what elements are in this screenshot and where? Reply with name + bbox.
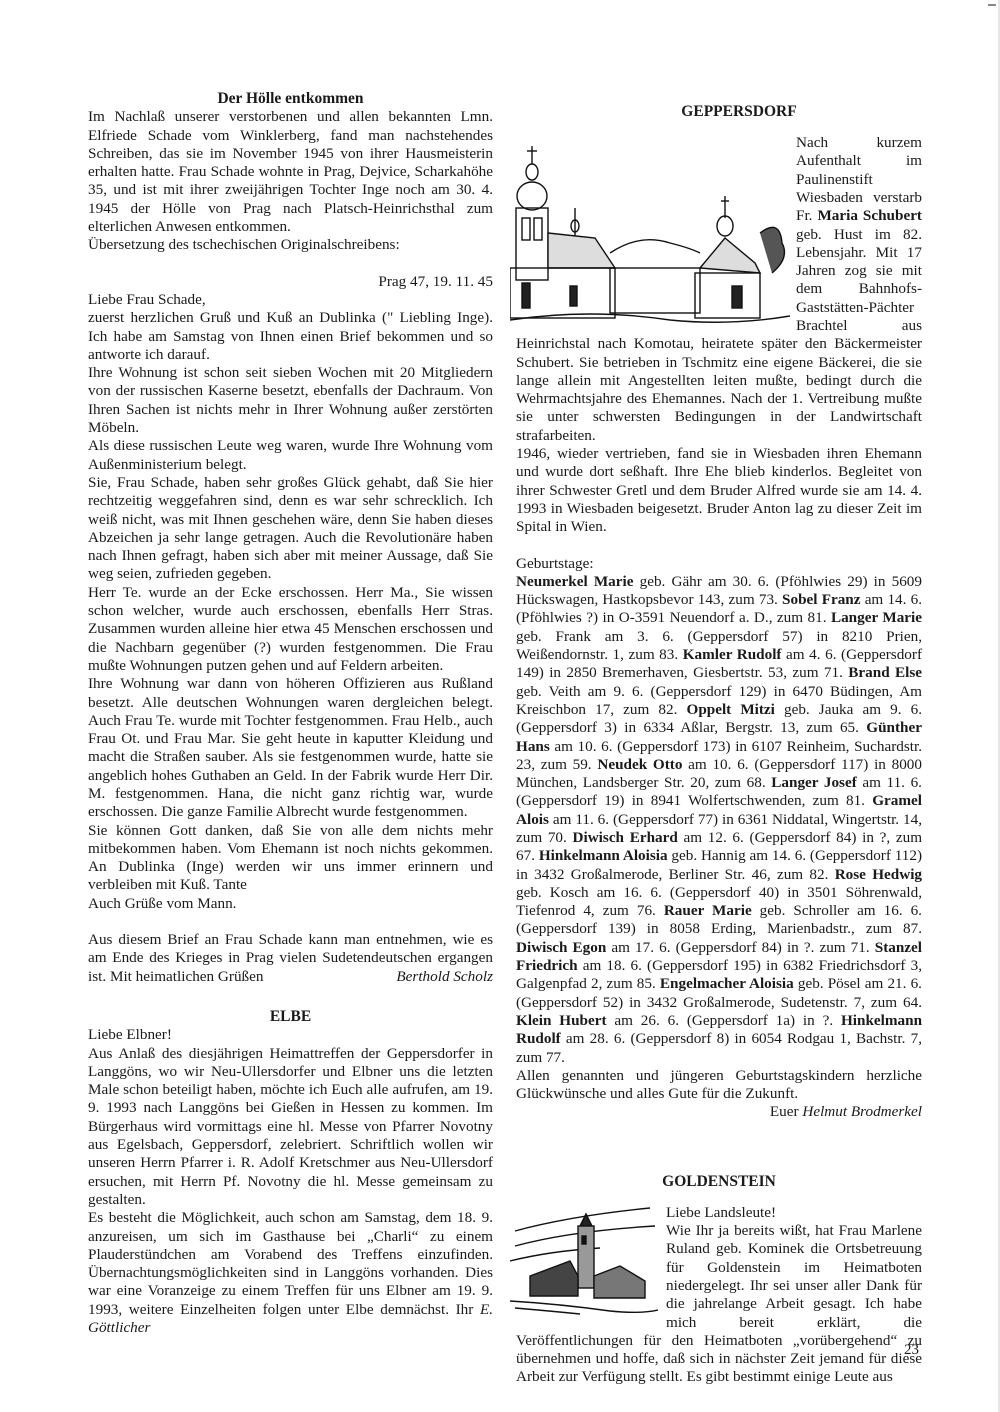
- birthday-name: Neudek Otto: [597, 756, 682, 773]
- right-column: GEPPERSDORF: [516, 90, 922, 1387]
- article-title-hoelle: Der Hölle entkommen: [88, 90, 493, 108]
- letter-paragraph: Auch Grüße vom Mann.: [88, 895, 493, 913]
- letter-paragraph: Liebe Frau Schade,: [88, 291, 493, 309]
- author-signature: Berthold Scholz: [396, 968, 493, 986]
- letter-date: Prag 47, 19. 11. 45: [88, 273, 493, 291]
- obituary-paragraph: 1946, wieder vertrieben, fand sie in Wie…: [516, 445, 922, 536]
- birthday-details: am 17. 6. (Geppersdorf 84) in ?. zum 71.: [606, 939, 874, 956]
- paragraph-text: Es besteht die Möglichkeit, auch schon a…: [88, 1209, 493, 1317]
- birthday-name: Oppelt Mitzi: [687, 701, 775, 718]
- birthday-closing: Allen genannten und jüngeren Geburtstags…: [516, 1067, 922, 1104]
- birthday-name: Rauer Marie: [664, 902, 752, 919]
- signature-line: Euer Helmut Brodmerkel: [516, 1103, 922, 1121]
- birthday-name: Hinkelmann Aloisia: [539, 847, 668, 864]
- town-drawing-icon: [510, 1206, 658, 1316]
- article-paragraph: Aus Anlaß des diesjährigen Heimattreffen…: [88, 1045, 493, 1210]
- church-drawing-icon: [510, 138, 790, 330]
- page-edge-mark: [988, 4, 996, 6]
- birthdays-label: Geburtstage:: [516, 555, 922, 573]
- letter-paragraph: Sie können Gott danken, daß Sie von alle…: [88, 822, 493, 895]
- birthday-details: am 26. 6. (Geppersdorf 1a) in ?.: [607, 1012, 841, 1029]
- birthday-name: Engelmacher Aloisia: [660, 975, 794, 992]
- author-signature: Helmut Brodmerkel: [802, 1103, 922, 1120]
- article-paragraph: Es besteht die Möglichkeit, auch schon a…: [88, 1209, 493, 1337]
- birthday-name: Langer Marie: [831, 609, 922, 626]
- letter-paragraph: Sie, Frau Schade, haben sehr großes Glüc…: [88, 474, 493, 584]
- letter-paragraph: Als diese russischen Leute weg waren, wu…: [88, 437, 493, 474]
- birthday-name: Kamler Rudolf: [683, 646, 782, 663]
- page-number: 23: [904, 1342, 919, 1359]
- letter-paragraph: zuerst herzlichen Gruß und Kuß an Dublin…: [88, 309, 493, 364]
- translation-note: Übersetzung des tschechischen Originalsc…: [88, 236, 493, 254]
- letter-paragraph: Ihre Wohnung war dann von höheren Offizi…: [88, 675, 493, 821]
- letter-paragraph: Ihre Wohnung ist schon seit sieben Woche…: [88, 364, 493, 437]
- sign-prefix: Euer: [770, 1103, 799, 1120]
- birthday-name: Klein Hubert: [516, 1012, 607, 1029]
- left-column: Der Hölle entkommen Im Nachlaß unserer v…: [88, 90, 493, 1337]
- birthday-name: Brand Else: [848, 664, 922, 681]
- sign-prefix: Ihr: [456, 1301, 474, 1318]
- obituary-name: Maria Schubert: [817, 207, 922, 224]
- birthday-name: Sobel Franz: [782, 591, 860, 608]
- birthday-name: Rose Hedwig: [835, 866, 922, 883]
- birthday-list: Neumerkel Marie geb. Gähr am 30. 6. (Pfö…: [516, 573, 922, 1067]
- article-closing: Aus diesem Brief an Frau Schade kann man…: [88, 931, 493, 986]
- article-title-goldenstein: GOLDENSTEIN: [516, 1173, 922, 1191]
- birthday-name: Neumerkel Marie: [516, 573, 633, 590]
- article-title-elbe: ELBE: [88, 1008, 493, 1026]
- article-title-geppersdorf: GEPPERSDORF: [556, 103, 922, 121]
- birthday-name: Langer Josef: [771, 774, 856, 791]
- greeting: Liebe Elbner!: [88, 1026, 493, 1044]
- article-intro: Im Nachlaß unserer verstorbenen und alle…: [88, 108, 493, 236]
- church-illustration: [510, 138, 790, 330]
- birthday-details: am 28. 6. (Geppersdorf 8) in 6054 Rodgau…: [516, 1030, 922, 1065]
- birthday-name: Diwisch Erhard: [573, 829, 678, 846]
- letter-paragraph: Herr Te. wurde an der Ecke erschossen. H…: [88, 584, 493, 675]
- town-illustration: [510, 1206, 658, 1316]
- birthday-name: Diwisch Egon: [516, 939, 606, 956]
